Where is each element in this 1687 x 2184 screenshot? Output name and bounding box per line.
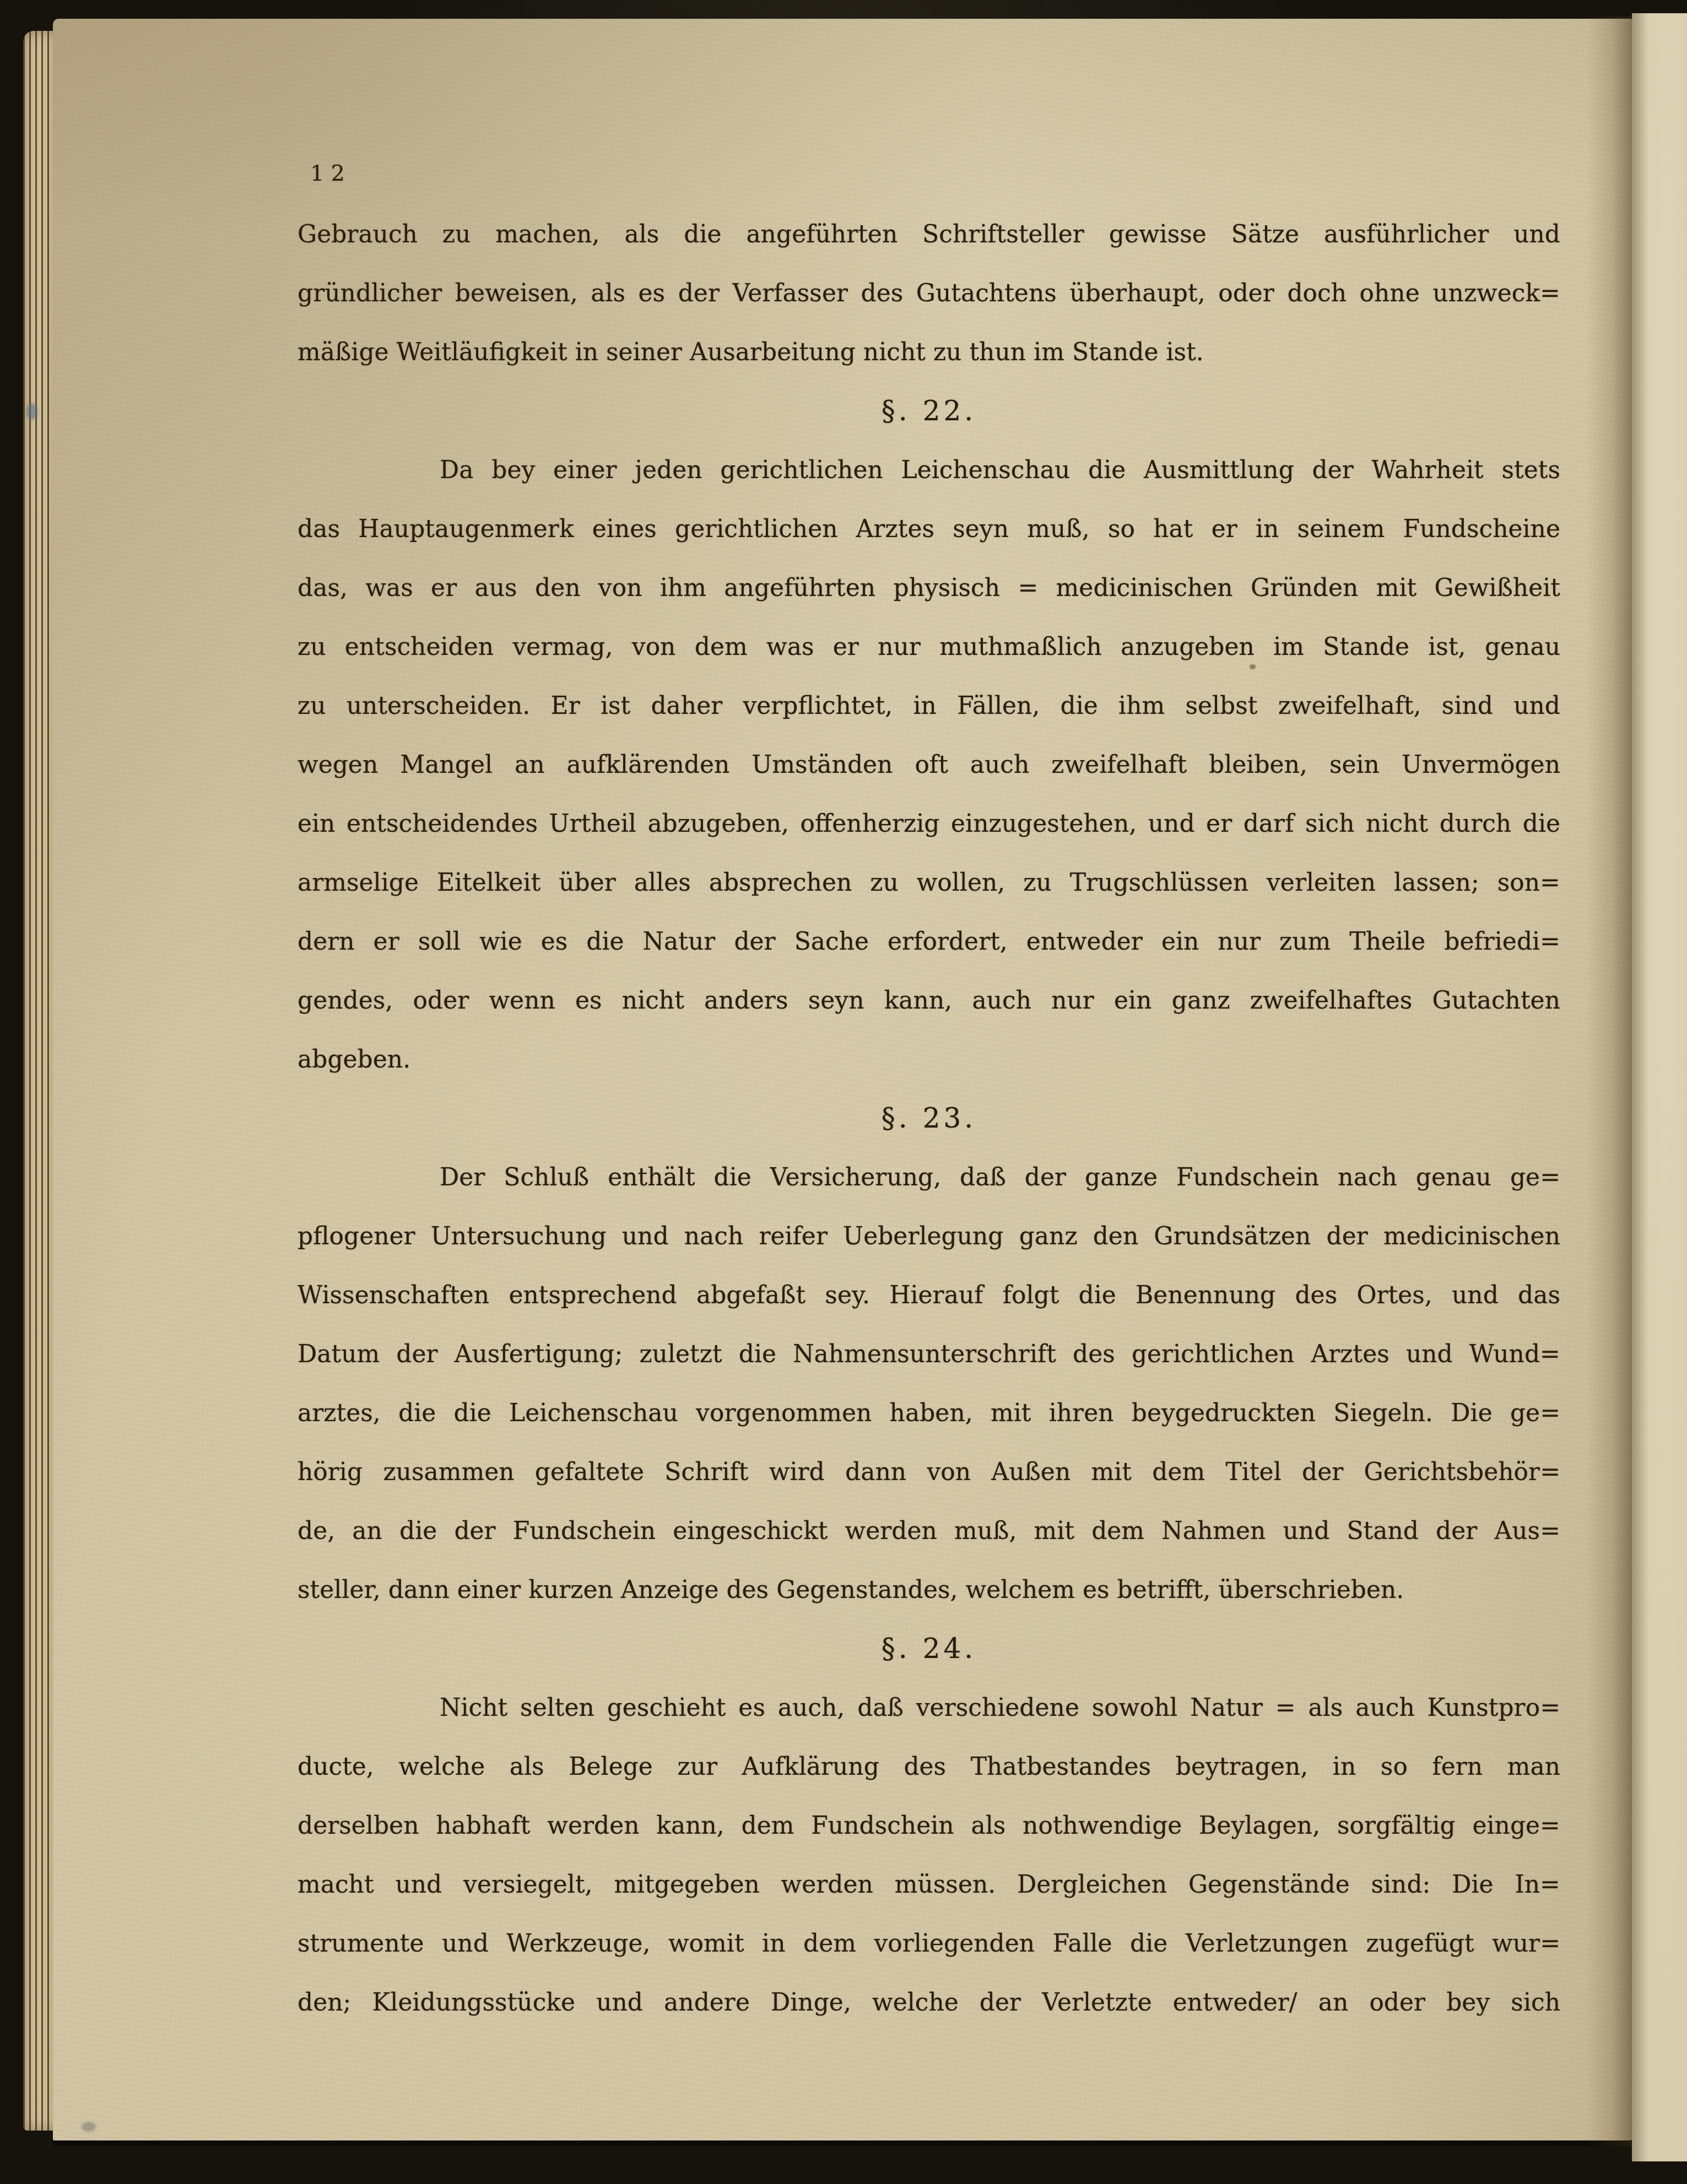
section-heading-22: §. 22. [298,382,1560,441]
gutter-fold-shadow [1587,17,1633,2146]
text-line: das, was er aus den von ihm angeführten … [298,559,1560,617]
section-heading-23: §. 23. [298,1089,1560,1148]
text-line: abgeben. [298,1030,1560,1089]
text-line: mäßige Weitläufigkeit in seiner Ausarbei… [298,323,1560,382]
book-page-scan: 12 Gebrauch zu machen, als die angeführt… [0,0,1687,2184]
text-line: dern er soll wie es die Natur der Sache … [298,912,1560,971]
text-line: ducte, welche als Belege zur Aufklärung … [298,1737,1560,1796]
facing-page-edge [1632,13,1687,2161]
text-line: strumente und Werkzeuge, womit in dem vo… [298,1914,1560,1973]
text-line: macht und versiegelt, mitgegeben werden … [298,1855,1560,1914]
stacked-page-edges [23,31,57,2131]
text-line: armselige Eitelkeit über alles abspreche… [298,853,1560,912]
text-block: Gebrauch zu machen, als die angeführten … [298,205,1560,2032]
text-line: zu unterscheiden. Er ist daher verpflich… [298,676,1560,735]
paper-page: 12 Gebrauch zu machen, als die angeführt… [53,19,1632,2140]
text-line: Der Schluß enthält die Versicherung, daß… [298,1148,1560,1207]
text-line: ein entscheidendes Urtheil abzugeben, of… [298,794,1560,853]
text-line: Gebrauch zu machen, als die angeführten … [298,205,1560,264]
text-line: gründlicher beweisen, als es der Verfass… [298,264,1560,323]
blue-smudge [26,403,37,420]
text-line: Nicht selten geschieht es auch, daß vers… [298,1678,1560,1737]
section-heading-24: §. 24. [298,1619,1560,1678]
text-line: das Hauptaugenmerk eines gerichtlichen A… [298,500,1560,559]
text-line: de, an die der Fundschein eingeschickt w… [298,1502,1560,1560]
text-line: gendes, oder wenn es nicht anders seyn k… [298,971,1560,1030]
text-line: arztes, die die Leichenschau vorgenommen… [298,1384,1560,1443]
text-line: pflogener Untersuchung und nach reifer U… [298,1207,1560,1266]
text-line: Da bey einer jeden gerichtlichen Leichen… [298,441,1560,500]
text-line: hörig zusammen gefaltete Schrift wird da… [298,1443,1560,1502]
text-line: Wissenschaften entsprechend abgefaßt sey… [298,1266,1560,1325]
text-line: steller, dann einer kurzen Anzeige des G… [298,1560,1560,1619]
gray-smudge [82,2122,96,2132]
text-line: zu entscheiden vermag, von dem was er nu… [298,617,1560,676]
text-line: den; Kleidungsstücke und andere Dinge, w… [298,1973,1560,2032]
page-number: 12 [310,161,352,186]
text-line: wegen Mangel an aufklärenden Umständen o… [298,735,1560,794]
text-line: derselben habhaft werden kann, dem Funds… [298,1796,1560,1855]
text-line: Datum der Ausfertigung; zuletzt die Nahm… [298,1325,1560,1384]
